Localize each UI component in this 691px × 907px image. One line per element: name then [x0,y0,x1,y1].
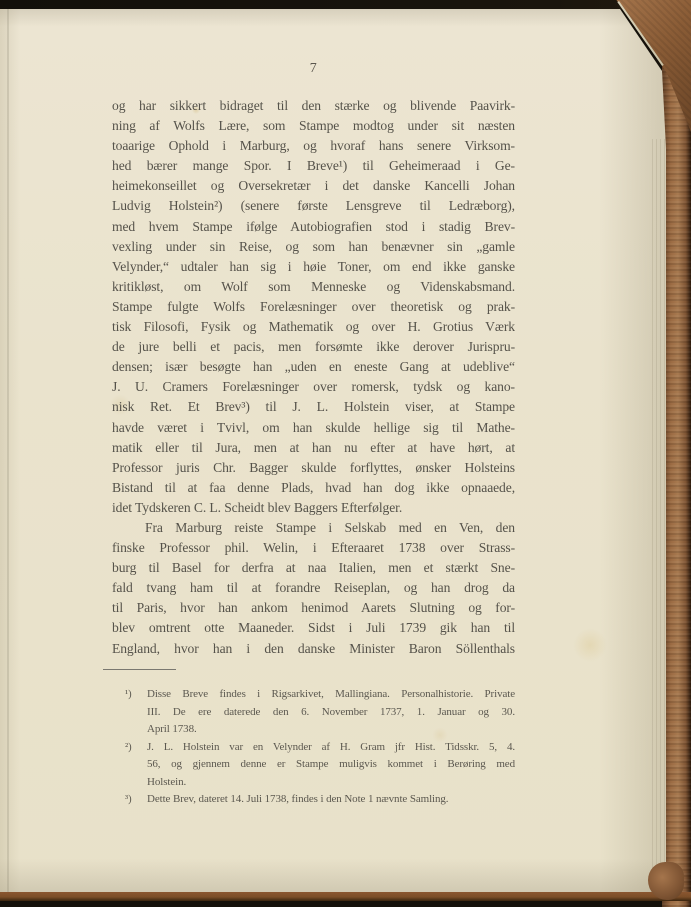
book-cover-right-edge [662,0,691,907]
text-line: burg til Basel for derfra at naa Italien… [112,558,515,578]
text-line: finske Professor phil. Welin, i Efteraar… [112,538,515,558]
text-line: densen; især besøgte han „uden en eneste… [112,357,515,377]
text-line: tisk Filosofi, Fysik og Mathematik og ov… [112,317,515,337]
text-line: J. U. Cramers Forelæsninger over romersk… [112,377,515,397]
text-line: med hvem Stampe ifølge Autobiografien st… [112,217,515,237]
text-line: havde været i Tvivl, om han skulde helli… [112,418,515,438]
book-cover-bottom-edge [0,892,691,901]
footnote-separator [103,669,176,670]
text-line: Fra Marburg reiste Stampe i Selskab med … [112,518,515,538]
footnote: ³)Dette Brev, dateret 14. Juli 1738, fin… [112,791,515,809]
footnote: ¹)Disse Breve findes i Rigsarkivet, Mall… [112,686,515,739]
text-line: toaarige Ophold i Marburg, og hvoraf han… [112,136,515,156]
footnote-marker: ²) [125,739,132,757]
text-line: idet Tydskeren C. L. Scheidt blev Bagger… [112,498,515,518]
body-text: og har sikkert bidraget til den stærke o… [112,96,515,659]
text-line: vexling under sin Reise, og som han benæ… [112,237,515,257]
footnote-line: April 1738. [147,721,515,739]
text-line: heimekonseillet og Oversekretær i det da… [112,176,515,196]
photo-background-top-band [0,0,691,9]
text-line: kritikløst, om Wolf som Menneske og Vide… [112,277,515,297]
text-line: Ludvig Holstein²) (senere første Lensgre… [112,196,515,216]
text-line: hed bærer mange Spor. I Breve¹) til Gehe… [112,156,515,176]
text-line: Velynder,“ udtaler han sig i høie Toner,… [112,257,515,277]
text-line: ning af Wolfs Lære, som Stampe modtog un… [112,116,515,136]
footnote: ²)J. L. Holstein var en Velynder af H. G… [112,739,515,792]
footnote-marker: ³) [125,791,132,809]
footnote-line: Holstein. [147,774,515,792]
page-left-crease [7,9,9,894]
text-line: Bistand til at faa denne Plads, hvad han… [112,478,515,498]
page-number: 7 [112,61,515,77]
footnotes: ¹)Disse Breve findes i Rigsarkivet, Mall… [112,686,515,809]
book-cover-bottom-right-corner [648,862,684,900]
text-line: matik eller til Jura, men at han nu efte… [112,438,515,458]
footnote-line: III. De ere daterede den 6. November 173… [147,704,515,722]
footnote-line: Dette Brev, dateret 14. Juli 1738, finde… [147,791,515,809]
footnote-line: 56, og gjennem denne er Stampe muligvis … [147,756,515,774]
footnote-line: J. L. Holstein var en Velynder af H. Gra… [147,739,515,757]
text-line: Professor juris Chr. Bagger skulde forfl… [112,458,515,478]
book-page: 7 og har sikkert bidraget til den stærke… [0,9,666,894]
text-line: fald tvang ham til at forandre Reiseplan… [112,578,515,598]
footnote-line: Disse Breve findes i Rigsarkivet, Mallin… [147,686,515,704]
text-line: de jure belli et pacis, men forsømte ikk… [112,337,515,357]
text-line: Stampe fulgte Wolfs Forelæsninger over t… [112,297,515,317]
footnote-marker: ¹) [125,686,132,704]
page-stack-edges [652,139,666,894]
text-line: England, hvor han i den danske Minister … [112,639,515,659]
text-line: og har sikkert bidraget til den stærke o… [112,96,515,116]
text-line: blev omtrent otte Maaneder. Sidst i Juli… [112,618,515,638]
text-line: til Paris, hvor han ankom henimod Aarets… [112,598,515,618]
text-line: nisk Ret. Et Brev³) til J. L. Holstein v… [112,397,515,417]
